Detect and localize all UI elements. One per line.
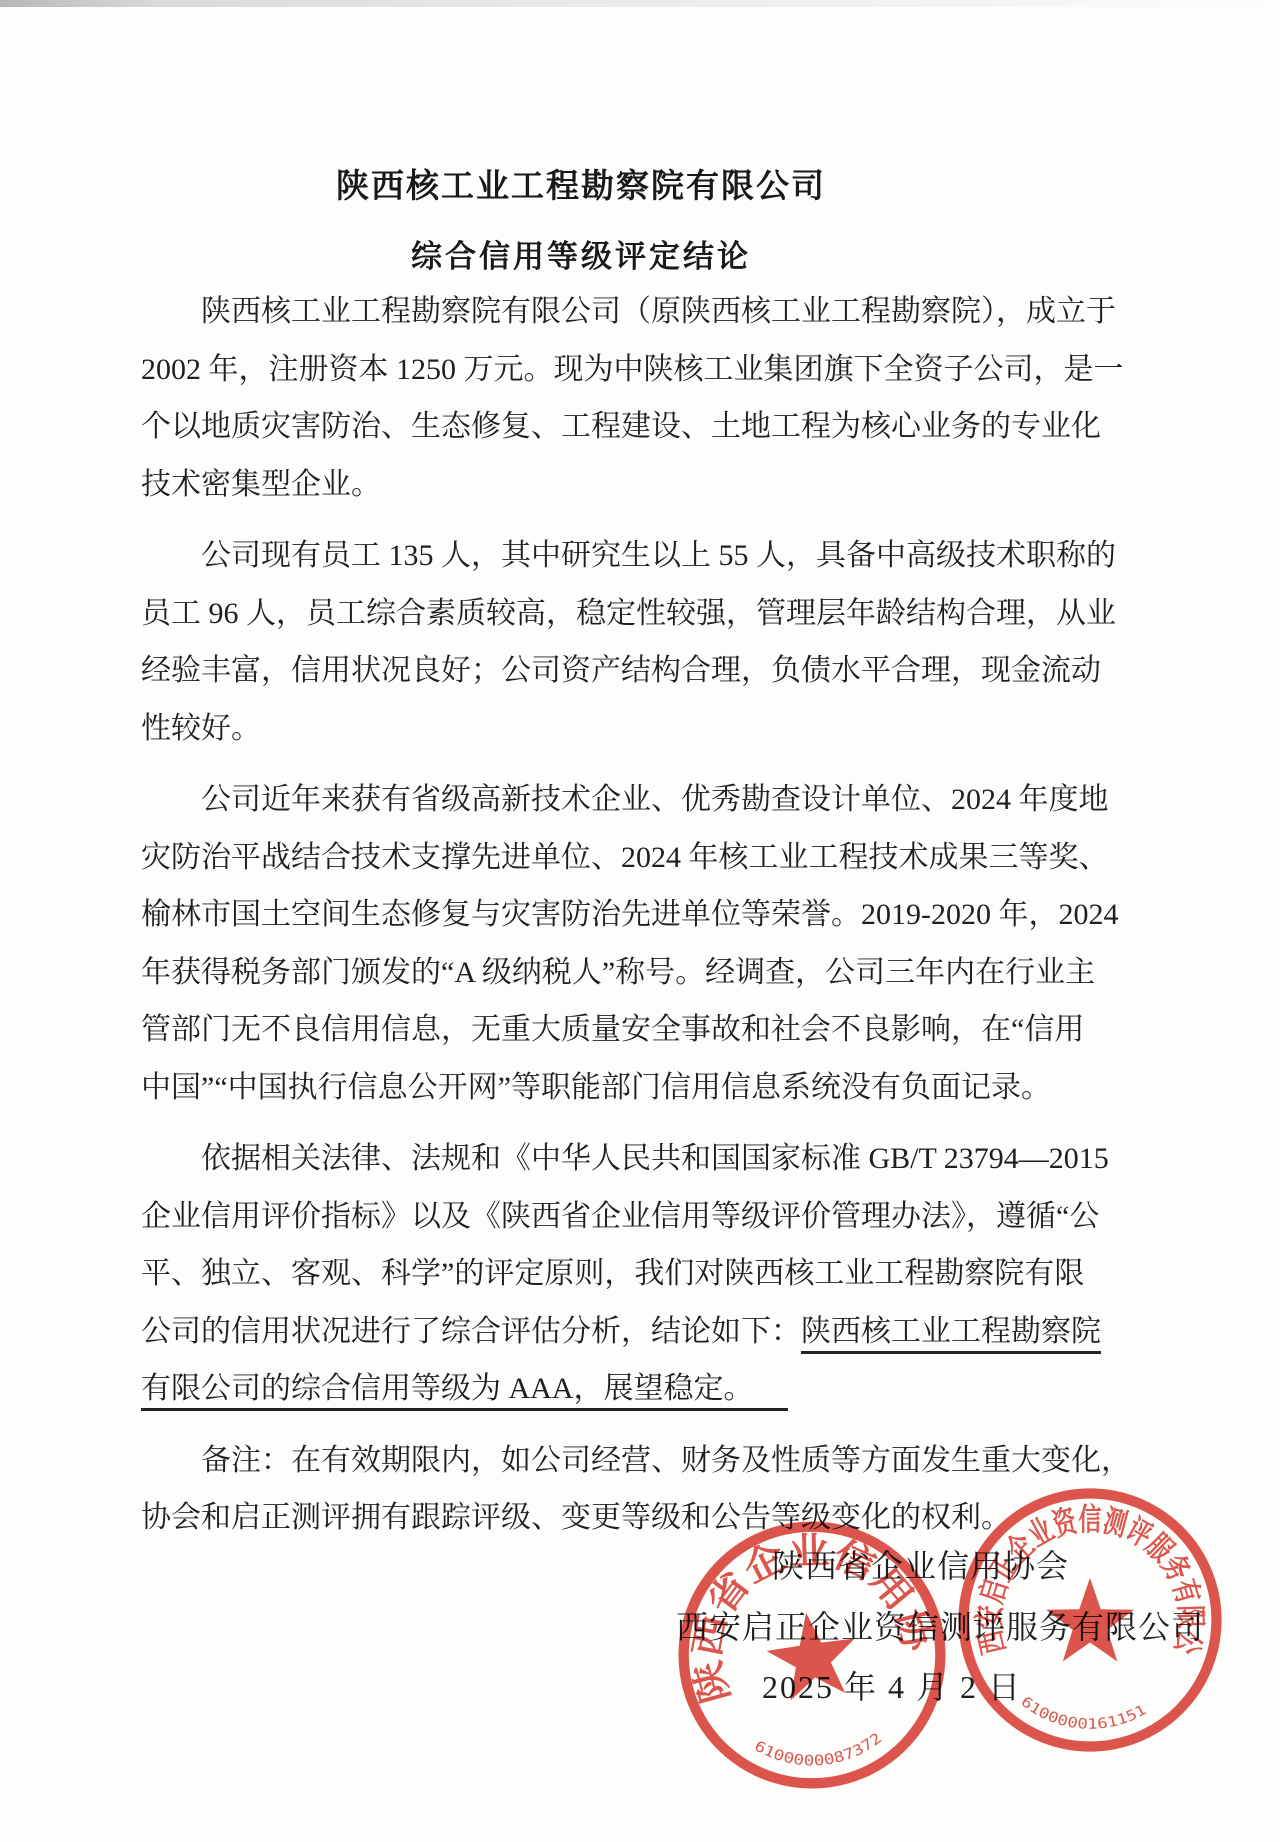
text-line: 2002 年，注册资本 1250 万元。现为中陕核工业集团旗下全资子公司，是一 [141, 341, 1021, 399]
text-line: 企业信用评价指标》以及《陕西省企业信用等级评价管理办法》，遵循“公 [141, 1188, 1021, 1246]
document-body: 陕西核工业工程勘察院有限公司（原陕西核工业工程勘察院），成立于 2002 年，注… [141, 283, 1021, 1561]
paragraph-staff: 公司现有员工 135 人，其中研究生以上 55 人，具备中高级技术职称的 员工 … [141, 527, 1021, 757]
document-page: 陕西核工业工程勘察院有限公司 综合信用等级评定结论 陕西核工业工程勘察院有限公司… [0, 0, 1280, 1842]
text-line: 灾防治平战结合技术支撑先进单位、2024 年核工业工程技术成果三等奖、 [141, 829, 1021, 887]
text-line: 员工 96 人，员工综合素质较高，稳定性较强，管理层年龄结构合理，从业 [141, 585, 1021, 643]
stamp-number: 6100000161151 [1018, 1694, 1150, 1733]
text-line: 公司近年来获有省级高新技术企业、优秀勘查设计单位、2024 年度地 [141, 771, 1021, 829]
paragraph-intro: 陕西核工业工程勘察院有限公司（原陕西核工业工程勘察院），成立于 2002 年，注… [141, 283, 1021, 513]
text-line: 平、独立、客观、科学”的评定原则，我们对陕西核工业工程勘察院有限 [141, 1245, 1021, 1303]
scan-edge-artifact [0, 0, 1280, 7]
text-line: 技术密集型企业。 [141, 456, 1021, 514]
text-line: 依据相关法律、法规和《中华人民共和国国家标准 GB/T 23794—2015 [141, 1130, 1021, 1188]
text-line: 榆林市国土空间生态修复与灾害防治先进单位等荣誉。2019-2020 年，2024 [141, 886, 1021, 944]
star-icon [762, 1606, 862, 1702]
paragraph-conclusion: 依据相关法律、法规和《中华人民共和国国家标准 GB/T 23794—2015 企… [141, 1130, 1021, 1418]
conclusion-underline: 有限公司的综合信用等级为 AAA，展望稳定。 [141, 1372, 788, 1411]
text-line: 公司现有员工 135 人，其中研究生以上 55 人，具备中高级技术职称的 [141, 527, 1021, 585]
text-line: 陕西核工业工程勘察院有限公司（原陕西核工业工程勘察院），成立于 [141, 283, 1021, 341]
conclusion-underline: 陕西核工业工程勘察院 [801, 1315, 1101, 1354]
stamp-rating-company-seal: 西安启正企业资信测评服务有限公司 6100000161151 [954, 1484, 1226, 1756]
stamp-association-seal: 陕西省企业信用协会 6100000087372 [656, 1499, 968, 1811]
text-line: 个以地质灾害防治、生态修复、工程建设、土地工程为核心业务的专业化 [141, 398, 1021, 456]
text-line: 性较好。 [141, 700, 1021, 758]
text-line: 管部门无不良信用信息，无重大质量安全事故和社会不良影响，在“信用 [141, 1001, 1021, 1059]
text-segment: 公司的信用状况进行了综合评估分析，结论如下： [141, 1315, 801, 1348]
star-icon [1046, 1578, 1134, 1662]
text-line: 备注：在有效期限内，如公司经营、财务及性质等方面发生重大变化， [141, 1432, 1021, 1490]
text-line: 有限公司的综合信用等级为 AAA，展望稳定。 [141, 1360, 1021, 1418]
paragraph-honors: 公司近年来获有省级高新技术企业、优秀勘查设计单位、2024 年度地 灾防治平战结… [141, 771, 1021, 1116]
text-line: 经验丰富，信用状况良好；公司资产结构合理，负债水平合理，现金流动 [141, 642, 1021, 700]
doc-title-type: 综合信用等级评定结论 [141, 231, 1021, 276]
text-line: 公司的信用状况进行了综合评估分析，结论如下：陕西核工业工程勘察院 [141, 1303, 1021, 1361]
text-line: 年获得税务部门颁发的“A 级纳税人”称号。经调查，公司三年内在行业主 [141, 944, 1021, 1002]
doc-title-company: 陕西核工业工程勘察院有限公司 [141, 160, 1021, 207]
text-line: 中国”“中国执行信息公开网”等职能部门信用信息系统没有负面记录。 [141, 1059, 1021, 1117]
